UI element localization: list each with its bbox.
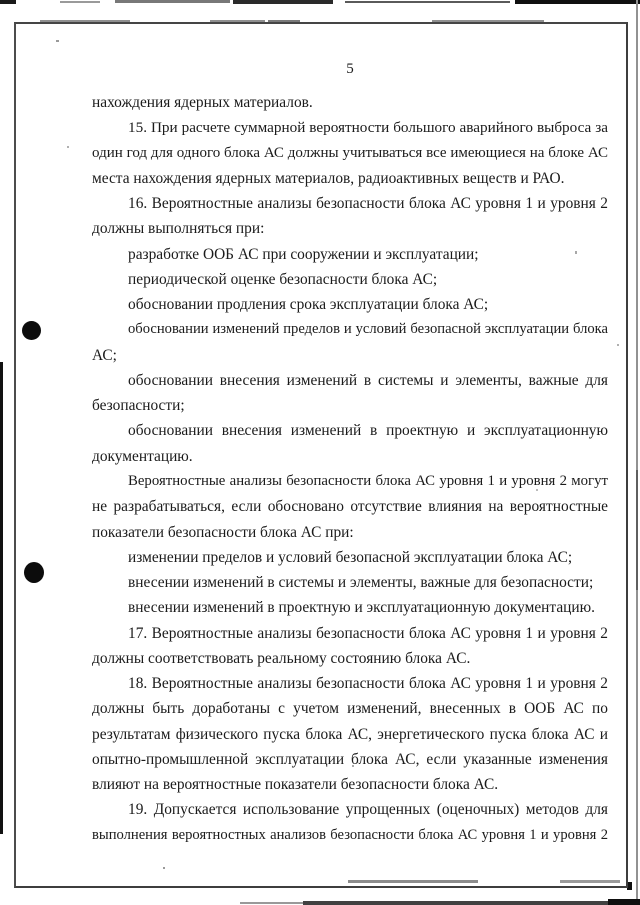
text-line: 15. При расчете суммарной вероятности бо… xyxy=(92,115,608,140)
text-line: Вероятностные анализы безопасности блока… xyxy=(92,469,608,494)
text-line: внесении изменений в проектную и эксплуа… xyxy=(92,595,608,620)
text-line: 19. Допускается использование упрощенных… xyxy=(92,797,608,822)
noise-speck xyxy=(163,867,165,869)
text-line: периодической оценке безопасности блока … xyxy=(92,267,608,292)
scan-edge-top xyxy=(515,0,640,4)
text-line: изменении пределов и условий безопасной … xyxy=(92,545,608,570)
text-line: безопасности; xyxy=(92,393,608,418)
scan-edge-left xyxy=(0,362,3,834)
text-line: нахождения ядерных материалов. xyxy=(92,90,608,115)
text-line: показатели безопасности блока АС при: xyxy=(92,520,608,545)
text-line: обосновании продления срока эксплуатации… xyxy=(92,292,608,317)
text-line: обосновании внесения изменений в проектн… xyxy=(92,418,608,443)
scan-edge-top xyxy=(0,0,16,4)
text-line: документацию. xyxy=(92,444,608,469)
noise-speck xyxy=(617,344,619,346)
scan-edge-top xyxy=(233,0,333,4)
text-line: 18. Вероятностные анализы безопасности б… xyxy=(92,671,608,696)
text-line: выполнения вероятностных анализов безопа… xyxy=(92,823,608,848)
text-line: внесении изменений в системы и элементы,… xyxy=(92,570,608,595)
text-line: влияют на вероятностные показатели безоп… xyxy=(92,772,608,797)
text-line: опытно-промышленной эксплуатации блока А… xyxy=(92,747,608,772)
document-text: нахождения ядерных материалов.15. При ра… xyxy=(92,90,608,848)
text-line: места нахождения ядерных материалов, рад… xyxy=(92,166,608,191)
scan-edge-bottom xyxy=(303,901,613,905)
text-line: обосновании изменений пределов и условий… xyxy=(92,317,608,342)
hole-punch-mark xyxy=(22,321,41,340)
noise-speck xyxy=(56,40,59,42)
text-line: должны выполняться при: xyxy=(92,216,608,241)
page-number: 5 xyxy=(92,61,608,78)
text-line: разработке ООБ АС при сооружении и экспл… xyxy=(92,242,608,267)
text-line: 16. Вероятностные анализы безопасности б… xyxy=(92,191,608,216)
text-line: должны быть доработаны с учетом изменени… xyxy=(92,696,608,721)
hole-punch-mark xyxy=(24,562,44,583)
text-line: один год для одного блока АС должны учит… xyxy=(92,141,608,166)
scan-edge-right xyxy=(636,0,638,905)
text-line: должны соответствовать реальному состоян… xyxy=(92,646,608,671)
scan-edge-bottom xyxy=(608,899,640,905)
text-line: АС; xyxy=(92,343,608,368)
scan-edge-top xyxy=(345,1,510,3)
text-line: не разрабатываться, если обосновано отсу… xyxy=(92,494,608,519)
scan-edge-bottom xyxy=(240,902,305,904)
scanned-document-page: 5 нахождения ядерных материалов.15. При … xyxy=(0,0,640,905)
text-line: обосновании внесения изменений в системы… xyxy=(92,368,608,393)
noise-speck xyxy=(67,146,69,148)
scan-edge-right xyxy=(636,470,638,590)
scan-edge-top xyxy=(60,1,100,3)
scan-edge-top xyxy=(115,0,230,3)
text-line: 17. Вероятностные анализы безопасности б… xyxy=(92,621,608,646)
text-line: результатам физического пуска блока АС, … xyxy=(92,722,608,747)
